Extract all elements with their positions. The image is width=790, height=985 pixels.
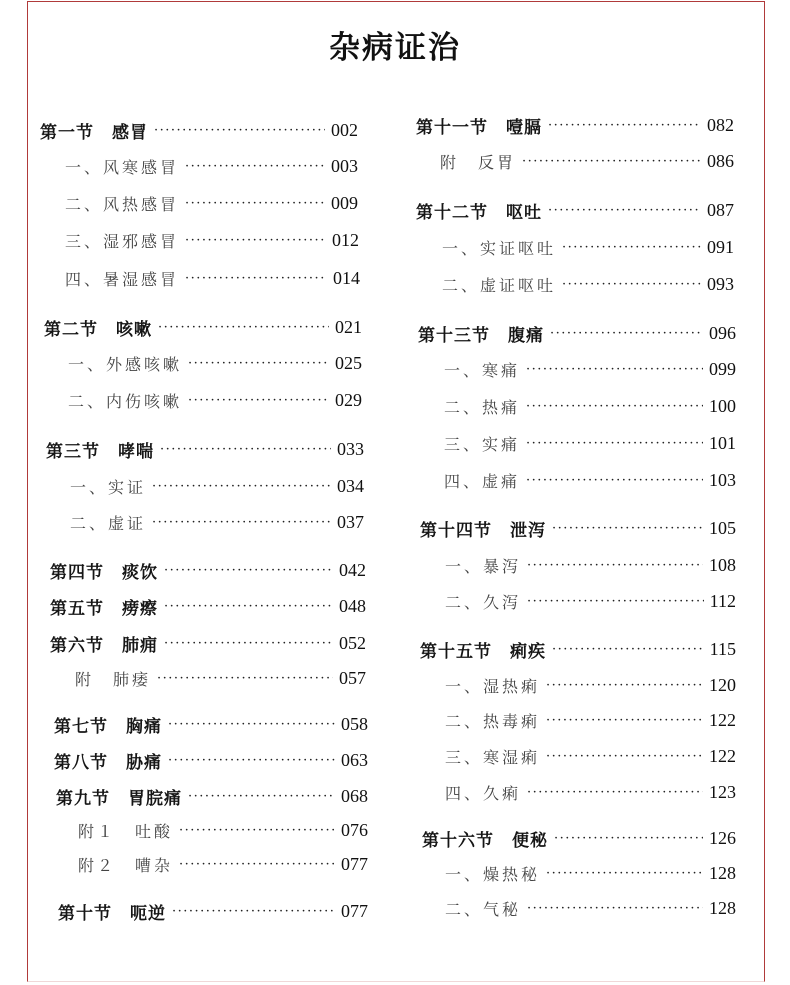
page-number: 115	[710, 639, 736, 660]
toc-subentry[interactable]: 一、外感咳嗽··································…	[68, 350, 362, 376]
entry-label: 第三节 哮喘	[46, 437, 154, 462]
leader-dots: ········································…	[546, 713, 703, 728]
page-number: 091	[707, 237, 734, 258]
page-number: 101	[709, 433, 736, 454]
toc-subentry[interactable]: 附 反胃····································…	[440, 148, 734, 174]
toc-section-entry[interactable]: 第八节 胁痛··································…	[54, 747, 368, 773]
page-number: 077	[341, 901, 368, 922]
toc-subentry[interactable]: 二、内伤咳嗽··································…	[68, 387, 362, 413]
leader-dots: ········································…	[552, 642, 704, 657]
page-number: 009	[331, 193, 358, 214]
page-number: 012	[332, 230, 359, 251]
page-number: 052	[339, 633, 366, 654]
leader-dots: ········································…	[168, 753, 335, 768]
toc-section-entry[interactable]: 第十二节 呕吐·································…	[416, 197, 734, 223]
leader-dots: ········································…	[546, 749, 703, 764]
toc-subentry[interactable]: 三、湿邪感冒··································…	[65, 227, 359, 253]
leader-dots: ········································…	[527, 785, 703, 800]
page-number: 025	[335, 353, 362, 374]
entry-label: 四、暑湿感冒	[65, 267, 179, 290]
toc-subentry[interactable]: 四、久痢····································…	[445, 779, 736, 805]
leader-dots: ········································…	[527, 558, 703, 573]
entry-label: 一、风寒感冒	[65, 155, 179, 178]
entry-label: 二、内伤咳嗽	[68, 389, 182, 412]
page-number: 108	[709, 555, 736, 576]
entry-label: 第十三节 腹痛	[418, 321, 544, 346]
entry-label: 第十一节 噎膈	[416, 113, 542, 138]
toc-subentry[interactable]: 一、寒痛····································…	[444, 356, 736, 382]
entry-label: 二、热毒痢	[445, 709, 540, 732]
toc-subentry[interactable]: 一、实证····································…	[70, 473, 364, 499]
leader-dots: ········································…	[188, 789, 335, 804]
leader-dots: ········································…	[152, 515, 331, 530]
leader-dots: ········································…	[164, 563, 333, 578]
page-number: 014	[333, 268, 360, 289]
page-number: 037	[337, 512, 364, 533]
page-number: 002	[331, 120, 358, 141]
leader-dots: ········································…	[546, 678, 703, 693]
leader-dots: ········································…	[154, 123, 325, 138]
page-number: 105	[709, 518, 736, 539]
entry-label: 一、寒痛	[444, 358, 520, 381]
leader-dots: ········································…	[562, 277, 701, 292]
entry-label: 第二节 咳嗽	[44, 315, 152, 340]
page-number: 100	[709, 396, 736, 417]
toc-section-entry[interactable]: 第十六节 便秘·································…	[422, 825, 736, 851]
page-number: 057	[339, 668, 366, 689]
leader-dots: ········································…	[527, 594, 704, 609]
leader-dots: ········································…	[185, 271, 327, 286]
page-number: 103	[709, 470, 736, 491]
toc-section-entry[interactable]: 第十节 呃逆··································…	[58, 898, 368, 924]
toc-subentry[interactable]: 一、湿热痢···································…	[445, 672, 736, 698]
entry-label: 四、虚痛	[444, 469, 520, 492]
toc-subentry[interactable]: 四、暑湿感冒··································…	[65, 265, 360, 291]
toc-section-entry[interactable]: 第十一节 噎膈·································…	[416, 112, 734, 138]
page-number: 087	[707, 200, 734, 221]
toc-section-entry[interactable]: 第二节 咳嗽··································…	[44, 314, 362, 340]
leader-dots: ········································…	[160, 442, 331, 457]
entry-label: 三、实痛	[444, 432, 520, 455]
entry-label: 第十节 呃逆	[58, 899, 166, 924]
page-number: 058	[341, 714, 368, 735]
page-number: 122	[709, 746, 736, 767]
page-number: 076	[341, 820, 368, 841]
toc-subentry[interactable]: 二、风热感冒··································…	[65, 190, 358, 216]
entry-label: 一、暴泻	[445, 554, 521, 577]
page-number: 128	[709, 863, 736, 884]
page-number: 096	[709, 323, 736, 344]
leader-dots: ········································…	[168, 717, 335, 732]
page-number: 126	[709, 828, 736, 849]
toc-subentry[interactable]: 四、虚痛····································…	[444, 467, 736, 493]
toc-subentry[interactable]: 二、气秘····································…	[445, 895, 736, 921]
page-number: 003	[331, 156, 358, 177]
page-number: 029	[335, 390, 362, 411]
toc-section-entry[interactable]: 第七节 胸痛··································…	[54, 711, 368, 737]
entry-label: 一、外感咳嗽	[68, 352, 182, 375]
page-number: 112	[710, 591, 736, 612]
leader-dots: ········································…	[185, 196, 325, 211]
page-number: 033	[337, 439, 364, 460]
toc-section-entry[interactable]: 第五节 痨瘵··································…	[50, 593, 366, 619]
leader-dots: ········································…	[185, 159, 325, 174]
entry-label: 第九节 胃脘痛	[56, 784, 182, 809]
leader-dots: ········································…	[172, 904, 335, 919]
entry-label: 二、热痛	[444, 395, 520, 418]
leader-dots: ········································…	[164, 599, 333, 614]
leader-dots: ········································…	[188, 393, 329, 408]
entry-label: 二、虚证呕吐	[442, 273, 556, 296]
leader-dots: ········································…	[548, 118, 701, 133]
leader-dots: ········································…	[554, 831, 703, 846]
entry-label: 第四节 痰饮	[50, 558, 158, 583]
entry-label: 三、湿邪感冒	[65, 229, 179, 252]
leader-dots: ········································…	[550, 326, 703, 341]
entry-label: 第一节 感冒	[40, 118, 148, 143]
entry-label: 一、实证呕吐	[442, 236, 556, 259]
leader-dots: ········································…	[526, 399, 703, 414]
toc-section-entry[interactable]: 第六节 肺痈··································…	[50, 630, 366, 656]
toc-section-entry[interactable]: 第三节 哮喘··································…	[46, 436, 364, 462]
toc-subentry[interactable]: 二、虚证呕吐··································…	[442, 271, 734, 297]
leader-dots: ········································…	[546, 866, 703, 881]
leader-dots: ········································…	[552, 521, 703, 536]
toc-subentry[interactable]: 附１ 吐酸···································…	[78, 817, 368, 843]
toc-subentry[interactable]: 一、燥热秘···································…	[445, 860, 736, 886]
leader-dots: ········································…	[527, 901, 703, 916]
page-number: 099	[709, 359, 736, 380]
leader-dots: ········································…	[179, 823, 335, 838]
page-number: 120	[709, 675, 736, 696]
page-number: 086	[707, 151, 734, 172]
leader-dots: ········································…	[164, 636, 333, 651]
entry-label: 附２ 嘈杂	[78, 853, 173, 876]
entry-label: 二、气秘	[445, 897, 521, 920]
toc-subentry[interactable]: 二、热痛····································…	[444, 393, 736, 419]
entry-label: 一、湿热痢	[445, 674, 540, 697]
entry-label: 第十二节 呕吐	[416, 198, 542, 223]
leader-dots: ········································…	[188, 356, 329, 371]
toc-subentry[interactable]: 附 肺痿····································…	[75, 665, 366, 691]
entry-label: 三、寒湿痢	[445, 745, 540, 768]
leader-dots: ········································…	[152, 479, 331, 494]
leader-dots: ········································…	[185, 233, 326, 248]
entry-label: 二、风热感冒	[65, 192, 179, 215]
toc-subentry[interactable]: 一、实证呕吐··································…	[442, 234, 734, 260]
page-number: 093	[707, 274, 734, 295]
toc-section-entry[interactable]: 第十四节 泄泻·································…	[420, 515, 736, 541]
page-number: 077	[341, 854, 368, 875]
toc-section-entry[interactable]: 第十五节 痢疾·································…	[420, 636, 736, 662]
page-number: 082	[707, 115, 734, 136]
toc-section-entry[interactable]: 第一节 感冒··································…	[40, 117, 358, 143]
page-number: 063	[341, 750, 368, 771]
leader-dots: ········································…	[157, 671, 333, 686]
toc-section-entry[interactable]: 第四节 痰饮··································…	[50, 557, 366, 583]
toc-subentry[interactable]: 附２ 嘈杂···································…	[78, 851, 368, 877]
entry-label: 附１ 吐酸	[78, 819, 173, 842]
toc-subentry[interactable]: 二、虚证····································…	[70, 509, 364, 535]
leader-dots: ········································…	[522, 154, 701, 169]
toc-subentry[interactable]: 三、实痛····································…	[444, 430, 736, 456]
toc-section-entry[interactable]: 第十三节 腹痛·································…	[418, 320, 736, 346]
leader-dots: ········································…	[562, 240, 701, 255]
entry-label: 第十五节 痢疾	[420, 637, 546, 662]
page-number: 122	[709, 710, 736, 731]
entry-label: 第七节 胸痛	[54, 712, 162, 737]
toc-subentry[interactable]: 三、寒湿痢···································…	[445, 743, 736, 769]
toc-subentry[interactable]: 二、热毒痢···································…	[445, 707, 736, 733]
entry-label: 第五节 痨瘵	[50, 594, 158, 619]
page-number: 048	[339, 596, 366, 617]
entry-label: 一、燥热秘	[445, 862, 540, 885]
entry-label: 附 反胃	[440, 150, 516, 173]
page-number: 068	[341, 786, 368, 807]
entry-label: 二、久泻	[445, 590, 521, 613]
entry-label: 一、实证	[70, 475, 146, 498]
toc-subentry[interactable]: 一、风寒感冒··································…	[65, 153, 358, 179]
toc-subentry[interactable]: 二、久泻····································…	[445, 588, 736, 614]
page-number: 034	[337, 476, 364, 497]
leader-dots: ········································…	[526, 436, 703, 451]
page-number: 123	[709, 782, 736, 803]
toc-section-entry[interactable]: 第九节 胃脘痛·································…	[56, 783, 368, 809]
leader-dots: ········································…	[526, 362, 703, 377]
entry-label: 二、虚证	[70, 511, 146, 534]
entry-label: 第十四节 泄泻	[420, 516, 546, 541]
entry-label: 附 肺痿	[75, 667, 151, 690]
leader-dots: ········································…	[548, 203, 701, 218]
page-number: 128	[709, 898, 736, 919]
leader-dots: ········································…	[526, 473, 703, 488]
entry-label: 第八节 胁痛	[54, 748, 162, 773]
page-number: 021	[335, 317, 362, 338]
entry-label: 第六节 肺痈	[50, 631, 158, 656]
page-number: 042	[339, 560, 366, 581]
toc-subentry[interactable]: 一、暴泻····································…	[445, 552, 736, 578]
page-title: 杂病证治	[0, 22, 790, 67]
entry-label: 四、久痢	[445, 781, 521, 804]
leader-dots: ········································…	[158, 320, 329, 335]
entry-label: 第十六节 便秘	[422, 826, 548, 851]
leader-dots: ········································…	[179, 857, 335, 872]
